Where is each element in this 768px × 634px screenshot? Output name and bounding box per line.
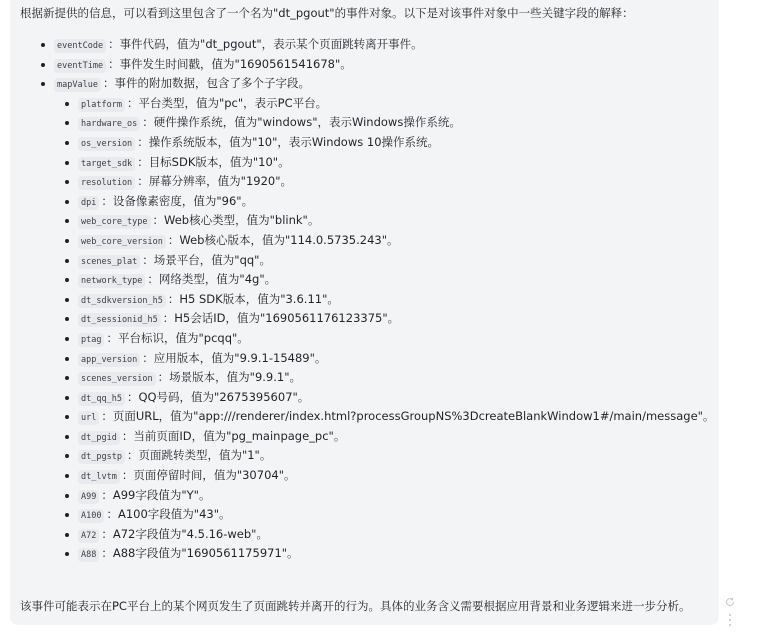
assistant-message-bubble: 根据新提供的信息，可以看到这里包含了一个名为"dt_pgout"的事件对象。以下… [10,0,719,625]
field-key: dt_qq_h5 [78,392,125,406]
field-key: A100 [78,509,104,523]
field-key: target_sdk [78,157,135,171]
list-item: scenes_plat：场景平台，值为"qq"。 [20,251,709,271]
field-key: dt_lvtm [78,470,120,484]
subfield-list: platform：平台类型，值为"pc"，表示PC平台。 hardware_os… [20,94,709,564]
list-item: dt_sdkversion_h5：H5 SDK版本，值为"3.6.11"。 [20,290,709,310]
list-item: ptag：平台标识，值为"pcqq"。 [20,329,709,349]
field-desc: Web核心类型，值为"blink"。 [164,213,319,227]
field-desc: 页面URL，值为"app:///renderer/index.html?proc… [113,409,715,423]
field-key: dpi [78,196,99,210]
field-desc: 事件发生时间戳，值为"1690561541678"。 [120,57,352,71]
field-key: A72 [78,529,99,543]
list-item: resolution：屏幕分辨率，值为"1920"。 [20,172,709,192]
field-desc: 网络类型，值为"4g"。 [159,272,276,286]
field-key: platform [78,98,125,112]
field-desc: A72字段值为"4.5.16-web"。 [113,527,268,541]
intro-paragraph: 根据新提供的信息，可以看到这里包含了一个名为"dt_pgout"的事件对象。以下… [20,5,709,21]
field-desc: 操作系统版本，值为"10"，表示Windows 10操作系统。 [149,135,439,149]
list-item: scenes_version：场景版本，值为"9.9.1"。 [20,368,709,388]
field-desc: 场景版本，值为"9.9.1"。 [169,370,301,384]
field-desc: 事件的附加数据，包含了多个子字段。 [114,76,310,90]
field-key: A88 [78,548,99,562]
field-desc: 当前页面ID，值为"pg_mainpage_pc"。 [133,429,345,443]
field-desc: 页面停留时间，值为"30704"。 [133,468,295,482]
list-item: app_version：应用版本，值为"9.9.1-15489"。 [20,349,709,369]
field-key: dt_pgstp [78,450,125,464]
field-key: dt_sdkversion_h5 [78,294,166,308]
field-list: eventCode：事件代码，值为"dt_pgout"，表示某个页面跳转离开事件… [20,35,709,94]
list-item: web_core_version：Web核心版本，值为"114.0.5735.2… [20,231,709,251]
list-item: A100：A100字段值为"43"。 [20,505,709,525]
field-desc: 目标SDK版本，值为"10"。 [149,155,290,169]
list-item: A88：A88字段值为"1690561175971"。 [20,544,709,564]
field-desc: H5 SDK版本，值为"3.6.11"。 [179,292,338,306]
field-key: mapValue [54,78,101,92]
field-desc: 平台类型，值为"pc"，表示PC平台。 [138,96,327,110]
field-key: app_version [78,353,140,367]
list-item: target_sdk：目标SDK版本，值为"10"。 [20,153,709,173]
field-desc: A99字段值为"Y"。 [113,488,211,502]
field-desc: 设备像素密度，值为"96"。 [113,194,253,208]
field-key: scenes_version [78,372,156,386]
list-item: dt_pgid：当前页面ID，值为"pg_mainpage_pc"。 [20,427,709,447]
field-key: dt_sessionid_h5 [78,313,161,327]
more-vertical-icon[interactable] [728,612,732,626]
list-item: dt_pgstp：页面跳转类型，值为"1"。 [20,446,709,466]
list-item: hardware_os：硬件操作系统，值为"windows"，表示Windows… [20,113,709,133]
field-desc: H5会话ID，值为"1690561176123375"。 [174,311,399,325]
field-key: web_core_version [78,235,166,249]
field-desc: 场景平台，值为"qq"。 [154,253,271,267]
refresh-icon[interactable] [725,592,735,602]
list-item: dt_sessionid_h5：H5会话ID，值为"16905611761233… [20,309,709,329]
field-desc: 页面跳转类型，值为"1"。 [138,448,271,462]
field-key: web_core_type [78,215,151,229]
list-item: dt_qq_h5：QQ号码，值为"2675395607"。 [20,388,709,408]
field-key: ptag [78,333,104,347]
field-key: os_version [78,137,135,151]
field-desc: Web核心版本，值为"114.0.5735.243"。 [179,233,398,247]
field-key: network_type [78,274,145,288]
list-item: mapValue：事件的附加数据，包含了多个子字段。 [20,74,709,94]
list-item: dt_lvtm：页面停留时间，值为"30704"。 [20,466,709,486]
field-desc: 事件代码，值为"dt_pgout"，表示某个页面跳转离开事件。 [120,37,423,51]
list-item: A99：A99字段值为"Y"。 [20,486,709,506]
field-desc: 硬件操作系统，值为"windows"，表示Windows操作系统。 [154,115,461,129]
list-item: eventTime：事件发生时间戳，值为"1690561541678"。 [20,55,709,75]
list-item: web_core_type：Web核心类型，值为"blink"。 [20,211,709,231]
field-desc: 屏幕分辨率，值为"1920"。 [149,174,292,188]
field-key: hardware_os [78,117,140,131]
list-item: eventCode：事件代码，值为"dt_pgout"，表示某个页面跳转离开事件… [20,35,709,55]
list-item: platform：平台类型，值为"pc"，表示PC平台。 [20,94,709,114]
field-key: url [78,411,99,425]
field-desc: QQ号码，值为"2675395607"。 [138,390,309,404]
list-item: network_type：网络类型，值为"4g"。 [20,270,709,290]
field-key: eventTime [54,59,106,73]
list-item: dpi：设备像素密度，值为"96"。 [20,192,709,212]
field-key: A99 [78,490,99,504]
list-item: os_version：操作系统版本，值为"10"，表示Windows 10操作系… [20,133,709,153]
field-key: dt_pgid [78,431,120,445]
field-desc: 平台标识，值为"pcqq"。 [118,331,249,345]
field-key: resolution [78,176,135,190]
list-item: url：页面URL，值为"app:///renderer/index.html?… [20,407,709,427]
field-key: eventCode [54,39,106,53]
list-item: A72：A72字段值为"4.5.16-web"。 [20,525,709,545]
field-key: scenes_plat [78,255,140,269]
field-desc: 应用版本，值为"9.9.1-15489"。 [154,351,327,365]
field-desc: A100字段值为"43"。 [118,507,231,521]
field-desc: A88字段值为"1690561175971"。 [113,546,299,560]
outro-paragraph: 该事件可能表示在PC平台上的某个网页发生了页面跳转并离开的行为。具体的业务含义需… [20,598,690,614]
